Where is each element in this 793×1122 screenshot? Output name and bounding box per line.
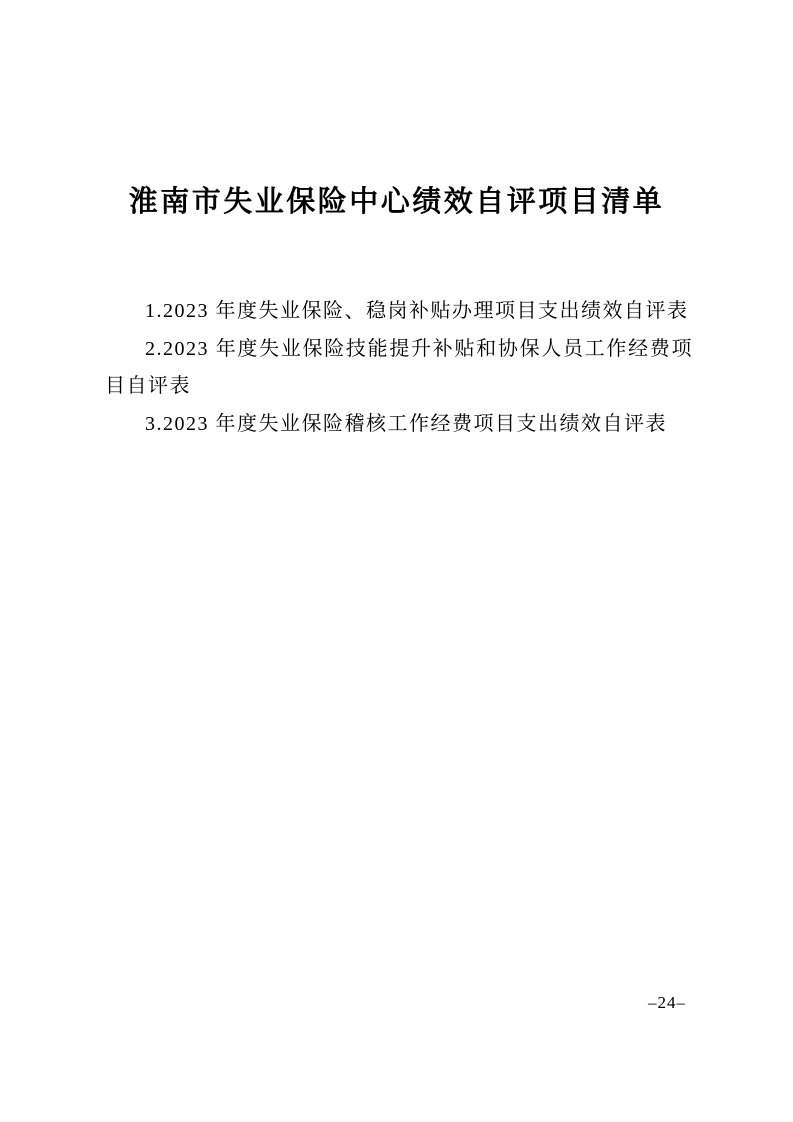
page-number: –24– xyxy=(648,993,686,1013)
list-item-3: 3.2023 年度失业保险稽核工作经费项目支出绩效自评表 xyxy=(105,406,693,444)
document-title: 淮南市失业保险中心绩效自评项目清单 xyxy=(0,186,793,218)
project-list: 1.2023 年度失业保险、稳岗补贴办理项目支出绩效自评表 2.2023 年度失… xyxy=(105,293,693,443)
list-item-1: 1.2023 年度失业保险、稳岗补贴办理项目支出绩效自评表 xyxy=(105,293,693,331)
document-page: 淮南市失业保险中心绩效自评项目清单 1.2023 年度失业保险、稳岗补贴办理项目… xyxy=(0,0,793,1122)
list-item-2: 2.2023 年度失业保险技能提升补贴和协保人员工作经费项目自评表 xyxy=(105,331,693,406)
